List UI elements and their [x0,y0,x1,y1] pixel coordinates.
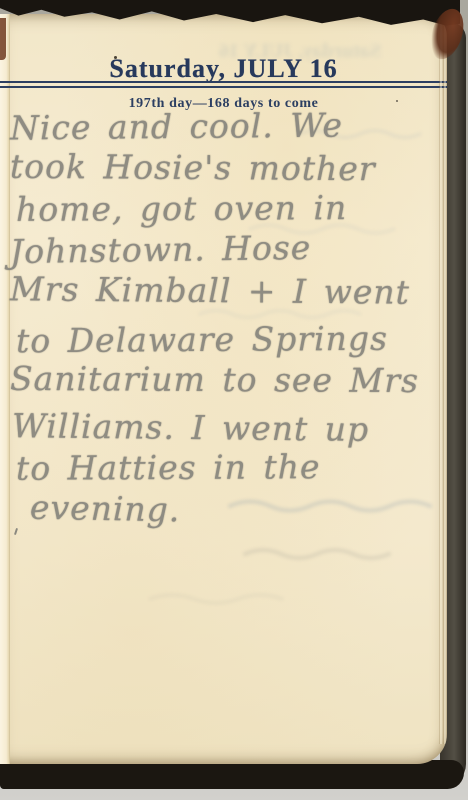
scanned-diary-photo: Saturday, JULY 16 Saturday, JULY 16 197t… [0,0,468,800]
ink-speck [114,56,117,59]
diary-line-9: to Hatties in the [16,450,321,485]
diary-line-6: to Delaware Springs [16,322,388,358]
paper-speck [396,100,398,102]
diary-line-10: evening. [30,491,181,527]
diary-line-1: Nice and cool. We [10,109,343,145]
diary-line-3: home, got oven in [16,191,347,226]
diary-line-5: Mrs Kimball + I went [10,272,410,308]
diary-line-2: took Hosie's mother [10,150,376,186]
diary-line-7: Sanitarium to see Mrs [10,362,419,397]
book-cover-left-wear [0,18,6,60]
book-cover-bottom-edge [0,760,464,789]
page-stack-edges [438,24,447,744]
diary-line-8: Williams. I went up [12,409,369,446]
handwritten-entry: Nice and cool. We took Hosie's mother ho… [0,14,447,764]
diary-page: Saturday, JULY 16 Saturday, JULY 16 197t… [0,14,447,764]
diary-line-4: Johnstown. Hose [10,231,312,268]
